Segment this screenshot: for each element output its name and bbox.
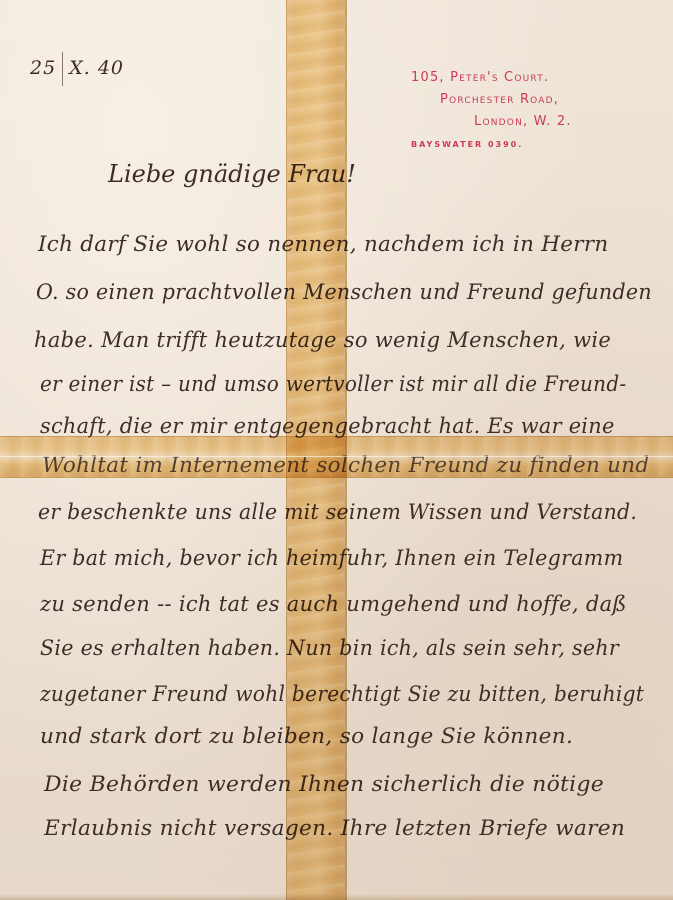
date-divider [62,52,63,86]
horizontal-tape-strip [0,436,673,478]
date-day: 25 [30,57,56,79]
paper-fold-crease [0,456,673,457]
date-month: X. [69,57,91,79]
letterhead-phone: BAYSWATER 0390. [411,140,523,149]
date-year: 40 [98,57,124,79]
letterhead-city: London, W. 2. [474,114,572,129]
letterhead-road: Porchester Road, [440,92,559,107]
letter-date: 25X. 40 [30,52,124,86]
handwritten-letter-page: 25X. 40 105, Peter's Court. Porchester R… [0,0,673,900]
letterhead-street: 105, Peter's Court. [411,70,549,85]
